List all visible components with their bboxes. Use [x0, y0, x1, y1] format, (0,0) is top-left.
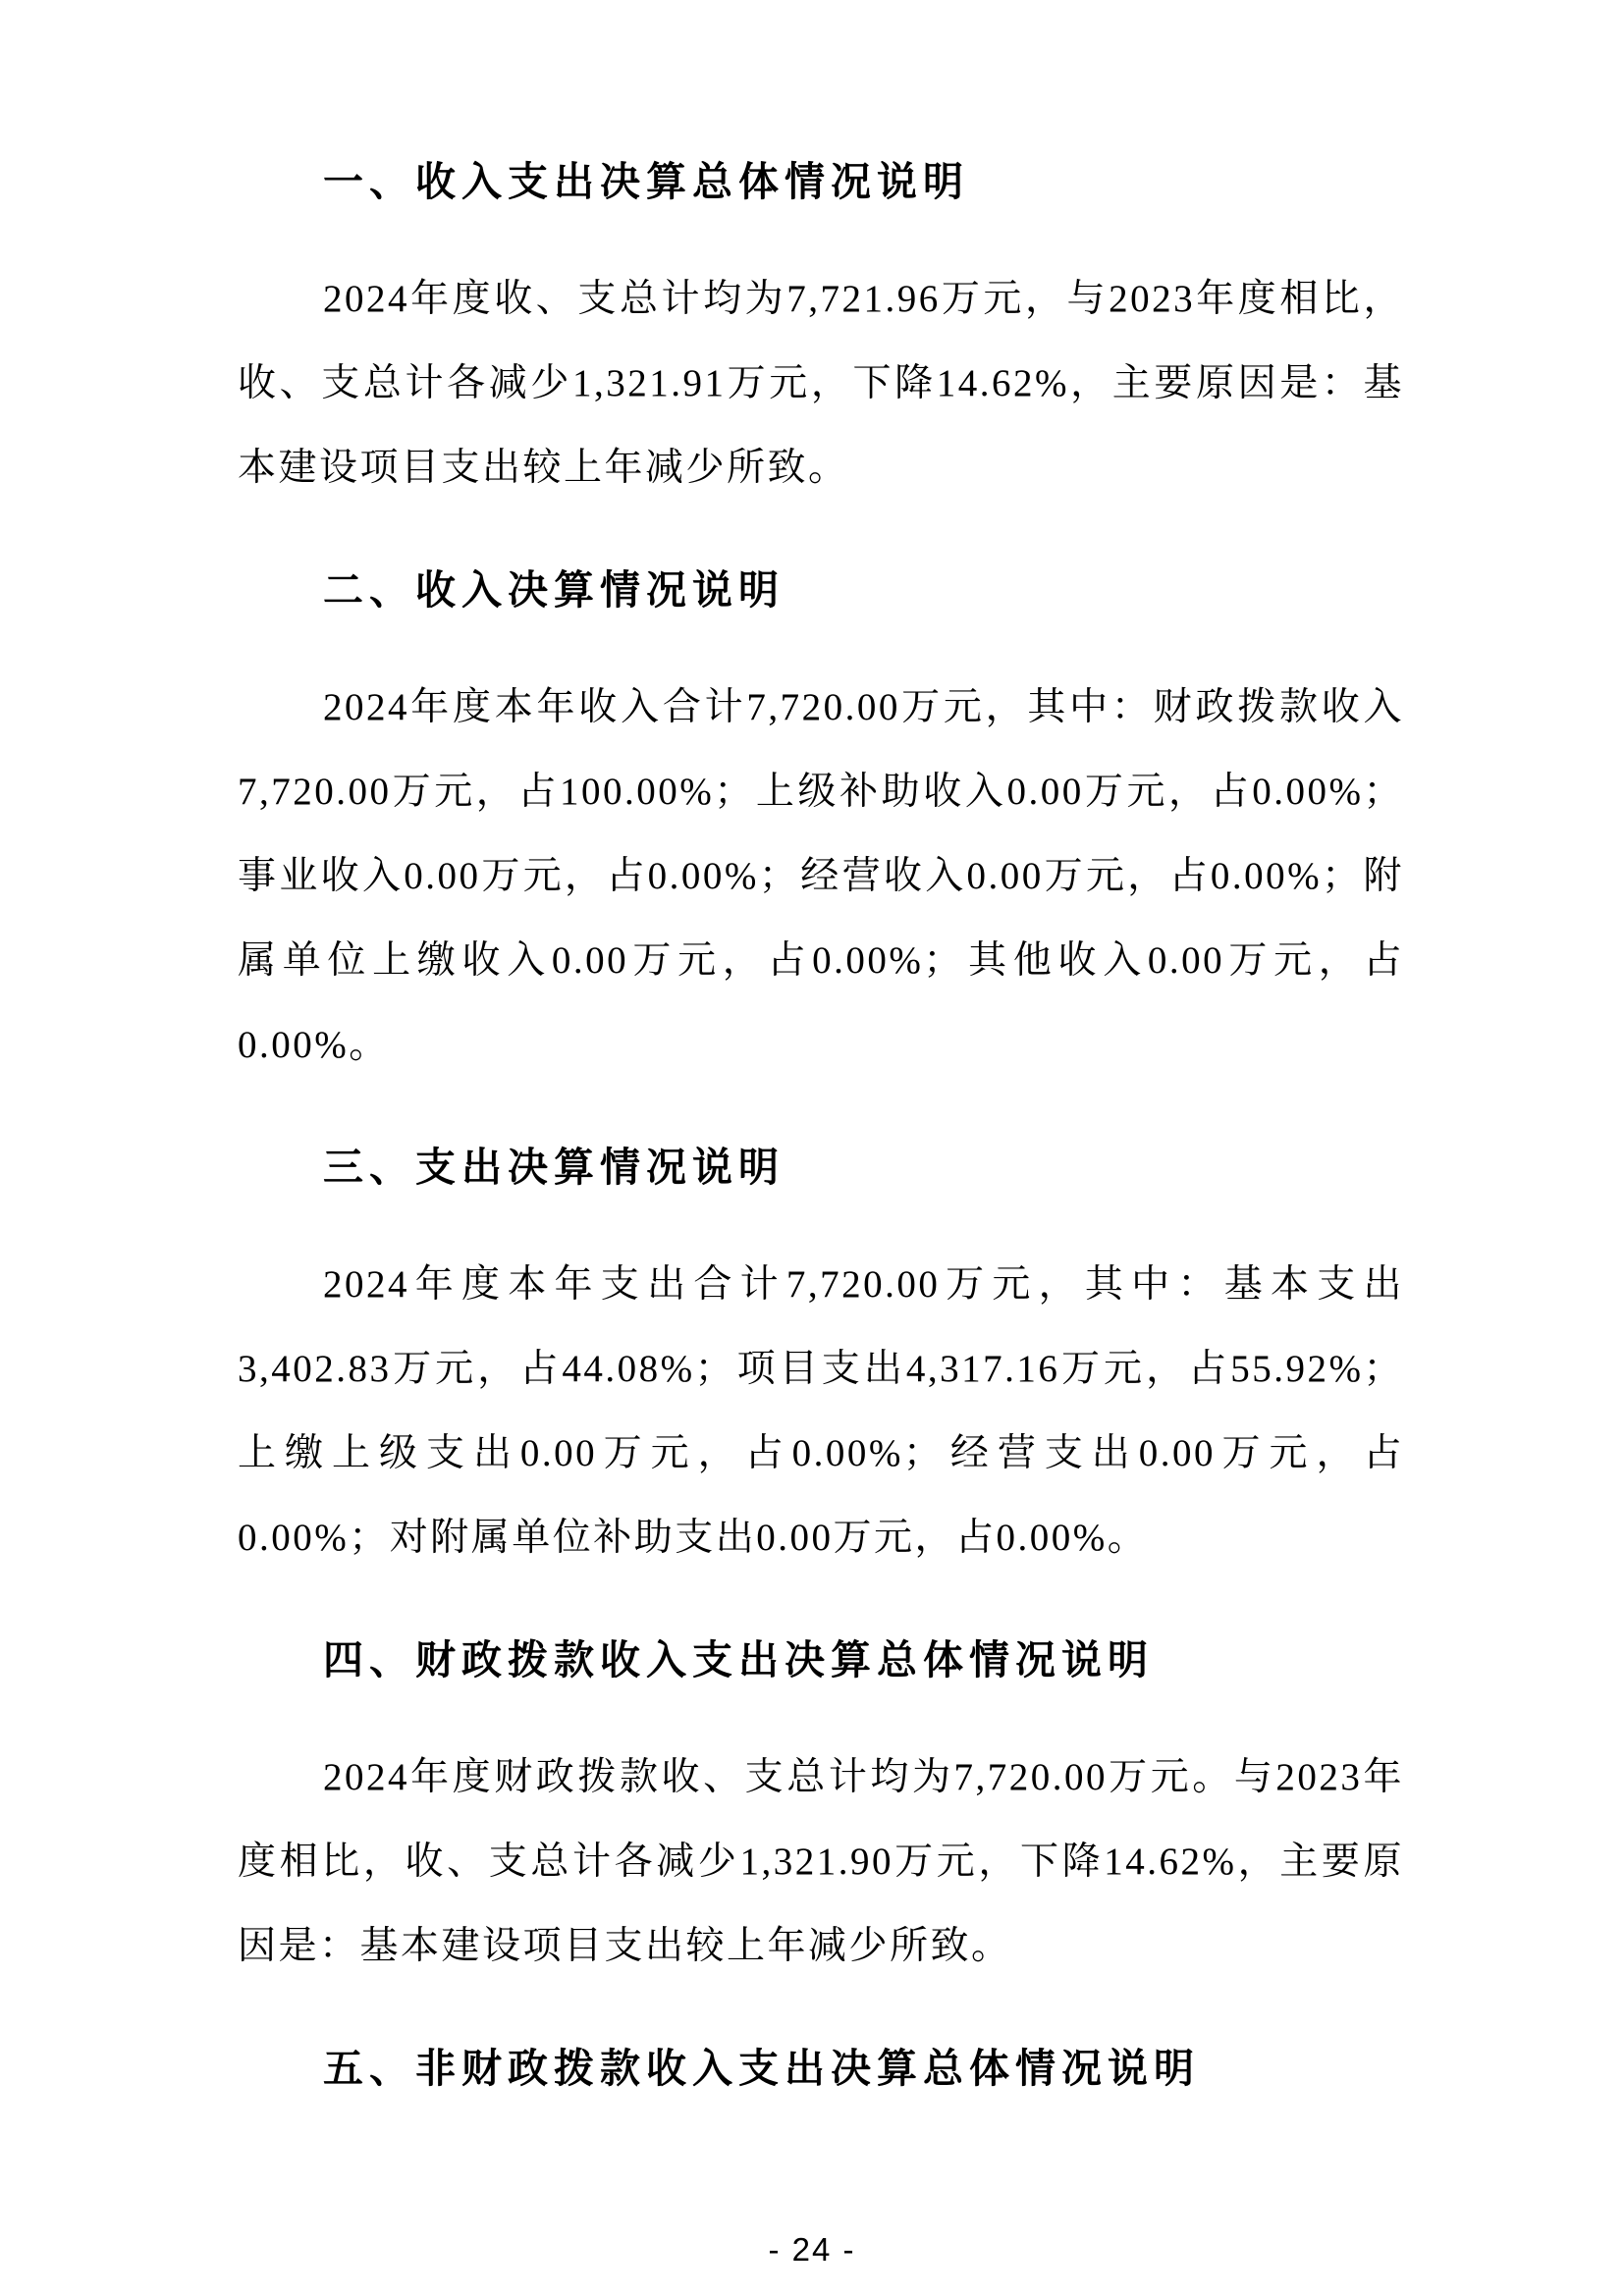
paragraph-line: 7,720.00万元，占100.00%；上级补助收入0.00万元，占0.00%；: [238, 750, 1404, 834]
paragraph-line: 因是：基本建设项目支出较上年减少所致。: [238, 1904, 1404, 1989]
paragraph-line: 上缴上级支出0.00万元，占0.00%；经营支出0.00万元，占: [238, 1412, 1404, 1496]
paragraph-line: 2024年度财政拨款收、支总计均为7,720.00万元。与2023年: [238, 1735, 1404, 1820]
section-heading: 三、支出决算情况说明: [238, 1125, 1404, 1209]
paragraph-line: 2024年度本年收入合计7,720.00万元，其中：财政拨款收入: [238, 666, 1404, 750]
paragraph: 2024年度本年收入合计7,720.00万元，其中：财政拨款收入 7,720.0…: [238, 666, 1404, 1088]
paragraph-line: 度相比，收、支总计各减少1,321.90万元，下降14.62%，主要原: [238, 1820, 1404, 1904]
page-number: - 24 -: [0, 2230, 1624, 2269]
section-income-expenditure-overview: 一、收入支出决算总体情况说明 2024年度收、支总计均为7,721.96万元，与…: [238, 139, 1404, 510]
paragraph-line: 收、支总计各减少1,321.91万元，下降14.62%，主要原因是：基: [238, 342, 1404, 426]
document-page: 一、收入支出决算总体情况说明 2024年度收、支总计均为7,721.96万元，与…: [0, 0, 1624, 2296]
section-expenditure-statement: 三、支出决算情况说明 2024年度本年支出合计7,720.00万元，其中：基本支…: [238, 1125, 1404, 1580]
section-heading: 四、财政拨款收入支出决算总体情况说明: [238, 1618, 1404, 1702]
paragraph-line: 属单位上缴收入0.00万元，占0.00%；其他收入0.00万元，占: [238, 919, 1404, 1003]
section-heading: 一、收入支出决算总体情况说明: [238, 139, 1404, 224]
section-income-statement: 二、收入决算情况说明 2024年度本年收入合计7,720.00万元，其中：财政拨…: [238, 548, 1404, 1088]
section-fiscal-appropriation-overview: 四、财政拨款收入支出决算总体情况说明 2024年度财政拨款收、支总计均为7,72…: [238, 1618, 1404, 1989]
page-content: 一、收入支出决算总体情况说明 2024年度收、支总计均为7,721.96万元，与…: [0, 0, 1624, 2110]
paragraph-line: 本建设项目支出较上年减少所致。: [238, 426, 1404, 510]
section-heading: 二、收入决算情况说明: [238, 548, 1404, 632]
paragraph-line: 3,402.83万元，占44.08%；项目支出4,317.16万元，占55.92…: [238, 1327, 1404, 1412]
paragraph-line: 0.00%；对附属单位补助支出0.00万元，占0.00%。: [238, 1496, 1404, 1580]
paragraph-line: 2024年度收、支总计均为7,721.96万元，与2023年度相比，: [238, 257, 1404, 342]
paragraph-line: 0.00%。: [238, 1003, 1404, 1088]
paragraph-line: 2024年度本年支出合计7,720.00万元，其中：基本支出: [238, 1243, 1404, 1327]
section-non-fiscal-appropriation-overview: 五、非财政拨款收入支出决算总体情况说明: [238, 2026, 1404, 2110]
paragraph: 2024年度收、支总计均为7,721.96万元，与2023年度相比， 收、支总计…: [238, 257, 1404, 510]
paragraph: 2024年度本年支出合计7,720.00万元，其中：基本支出 3,402.83万…: [238, 1243, 1404, 1580]
paragraph-line: 事业收入0.00万元，占0.00%；经营收入0.00万元，占0.00%；附: [238, 834, 1404, 919]
section-heading: 五、非财政拨款收入支出决算总体情况说明: [238, 2026, 1404, 2110]
paragraph: 2024年度财政拨款收、支总计均为7,720.00万元。与2023年 度相比，收…: [238, 1735, 1404, 1989]
